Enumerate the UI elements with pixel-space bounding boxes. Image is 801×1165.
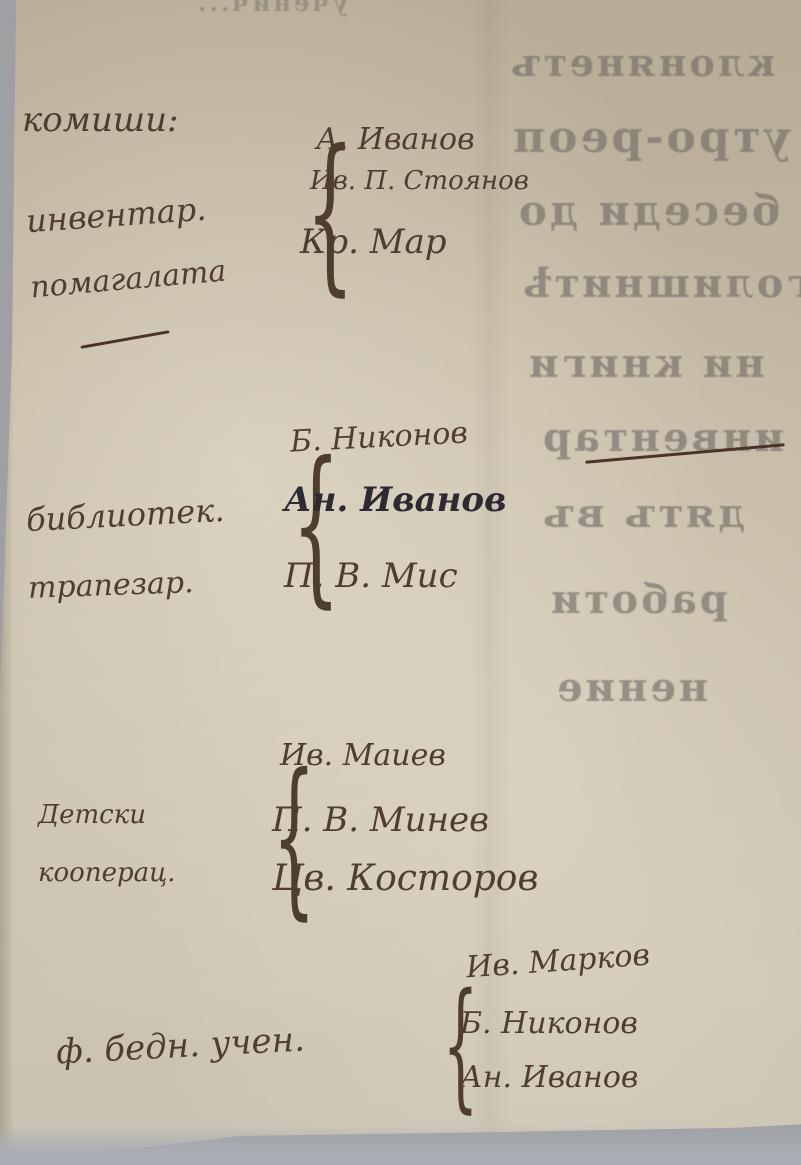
printed-line: беседи до [516, 186, 780, 235]
committee-member: Ан. Иванов [284, 480, 506, 520]
committee-name: ф. бедн. учен. [55, 1020, 306, 1073]
ink-underline [80, 330, 169, 349]
committee-member: П. В. Минев [272, 800, 489, 840]
background-surface [0, 1125, 801, 1165]
committee-name: библиотек. [25, 491, 225, 539]
brace-icon: { [443, 976, 479, 1116]
paper-sheet: ученич... клонянетъ утро-реоп беседи до … [0, 0, 801, 1165]
printed-line: дятъ въ [540, 490, 745, 537]
committee-member: Б. Никонов [289, 415, 468, 459]
committee-name: помагалата [29, 254, 228, 306]
printed-top-fragment: ученич... [195, 0, 348, 17]
committee-member: Ив. Маиев [280, 738, 446, 773]
paper-left-edge [0, 0, 14, 1165]
printed-line: нение [554, 664, 708, 711]
printed-line: работи [548, 576, 728, 623]
committee-member: Ан. Иванов [460, 1060, 638, 1095]
printed-line: голишнитѣ [520, 260, 801, 307]
committee-member: Кр. Мар [300, 222, 447, 262]
committee-member: П. В. Мис [284, 556, 458, 596]
committee-member: Ив. П. Стоянов [310, 166, 529, 196]
committee-name: кооперац. [38, 858, 176, 888]
list-heading: комиши: [22, 100, 178, 140]
committee-member: Б. Никонов [460, 1006, 638, 1041]
printed-line: утро-реоп [510, 112, 791, 163]
printed-line: ни книги [526, 340, 765, 387]
committee-member: Цв. Косторов [272, 858, 538, 899]
printed-line: клонянетъ [508, 40, 775, 85]
committee-name: Детски [38, 800, 146, 830]
committee-name: трапезар. [27, 565, 194, 606]
committee-member: А. Иванов [316, 122, 475, 157]
committee-name: инвентар. [25, 190, 208, 240]
